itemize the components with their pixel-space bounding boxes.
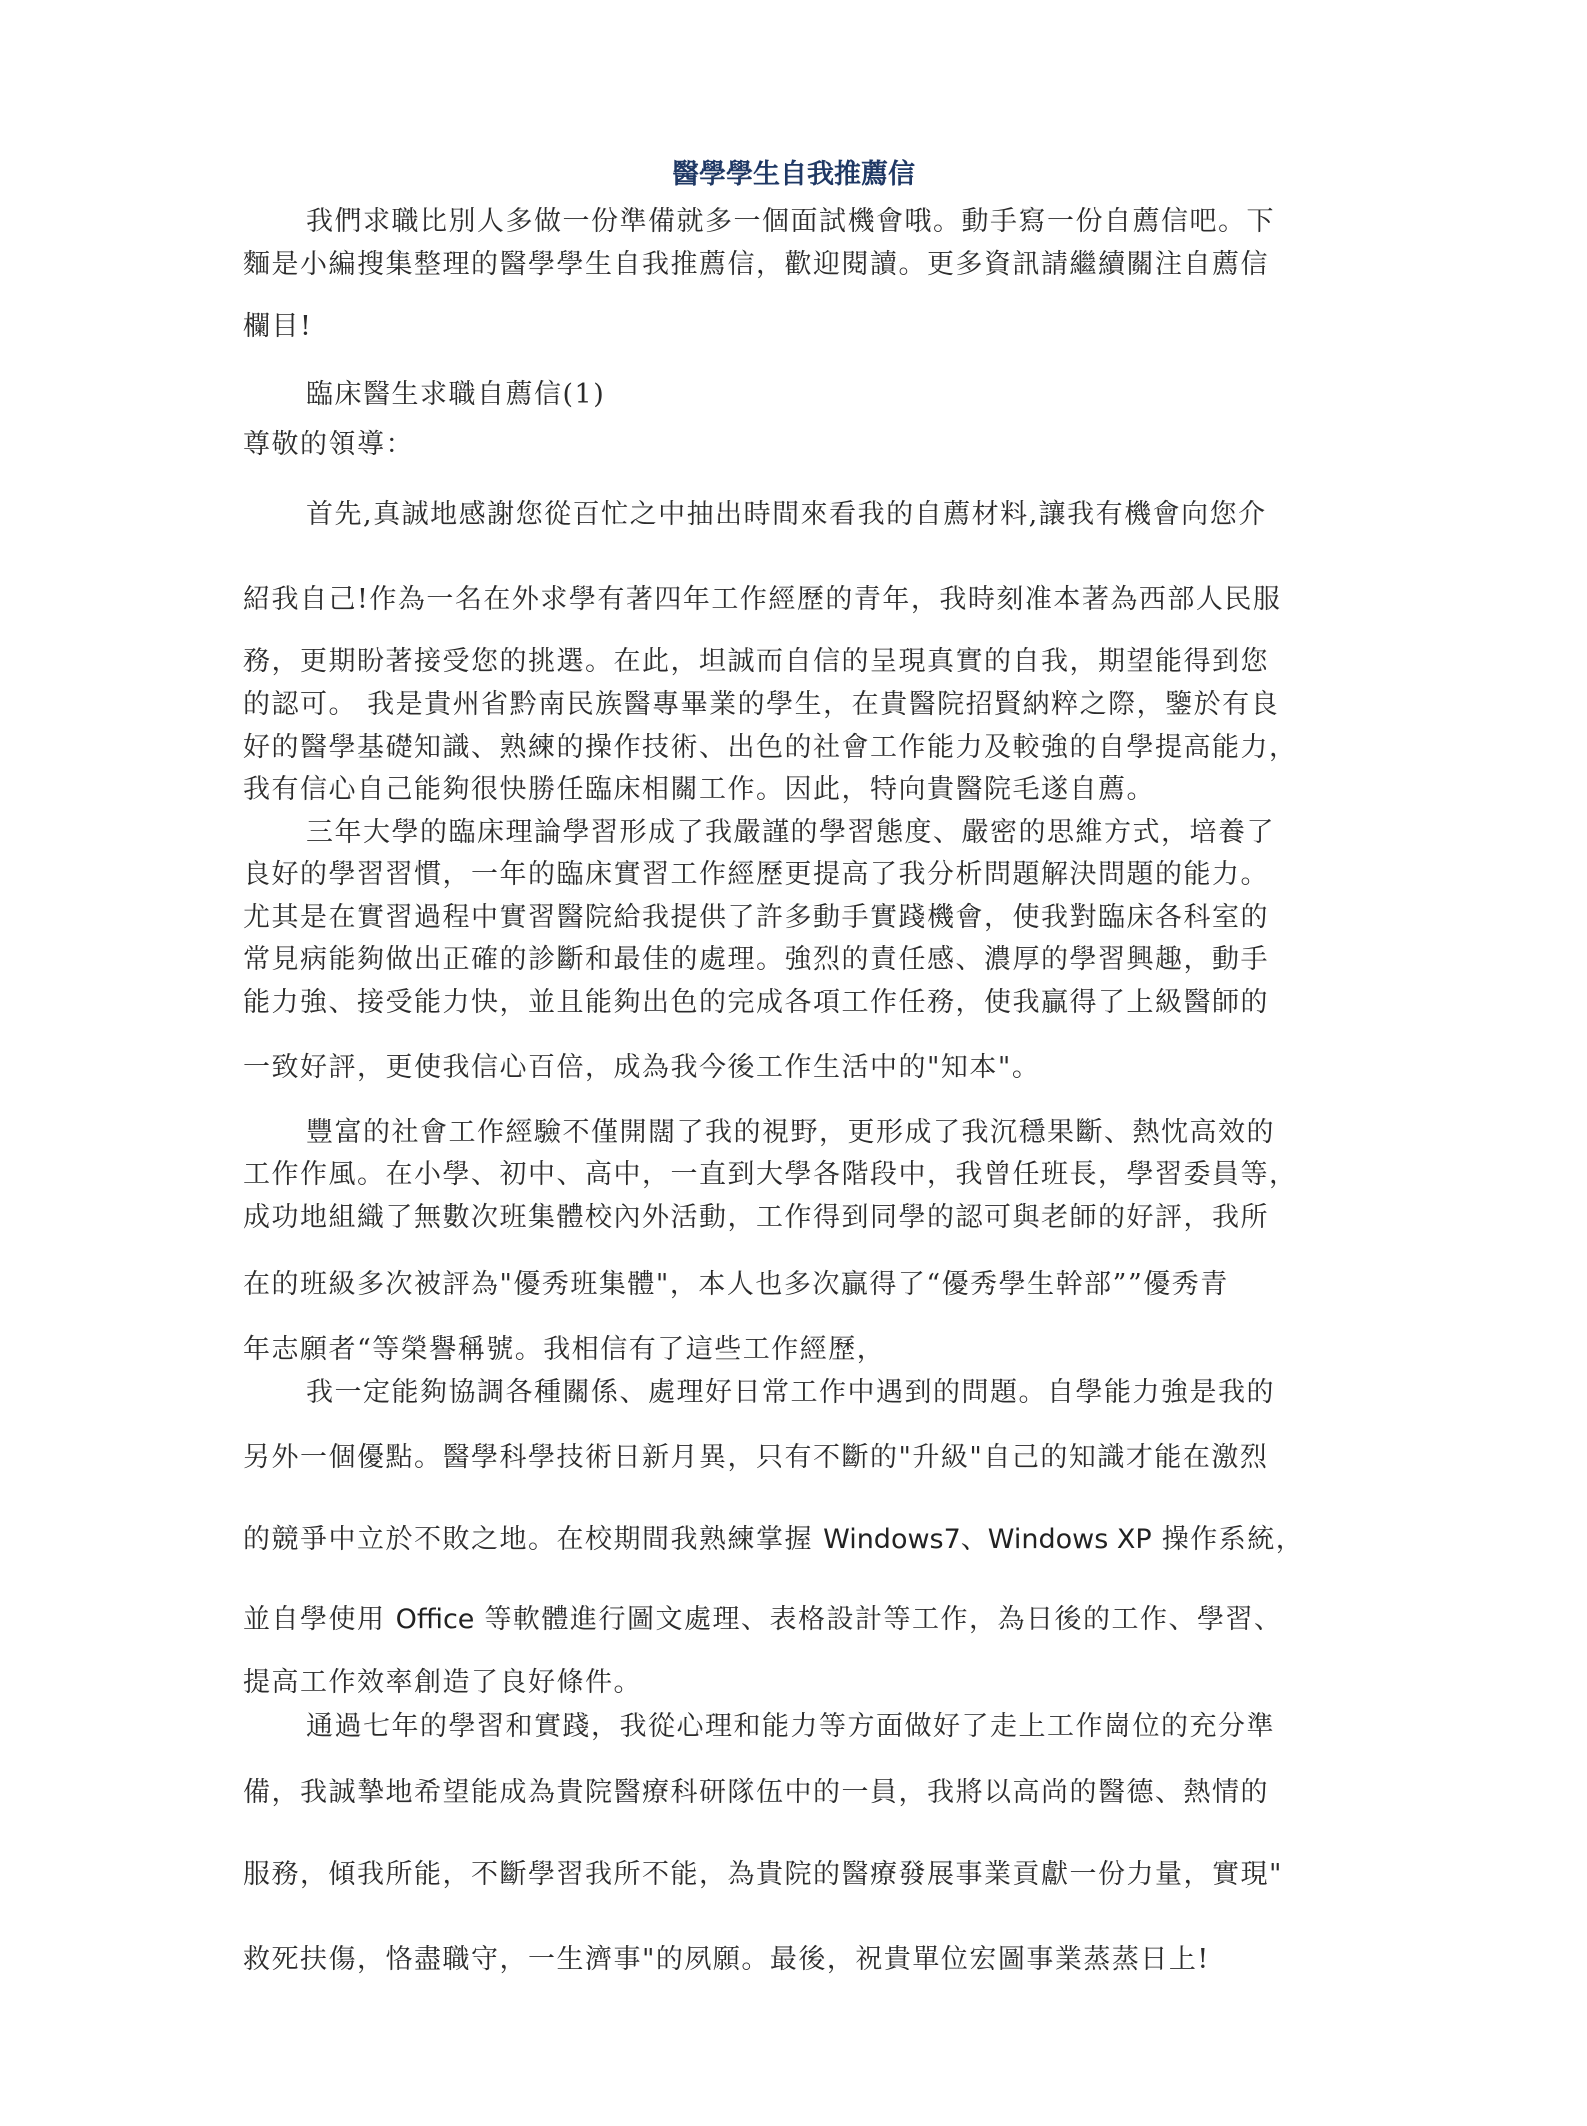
paragraph-line: 能力強、接受能力快，並且能夠出色的完成各項工作任務，使我贏得了上級醫師的: [243, 986, 1353, 1020]
line-text: 並自學使用: [243, 1604, 396, 1635]
salutation: 尊敬的領導：: [243, 428, 1353, 462]
paragraph-line: 我有信心自己能夠很快勝任臨床相關工作。因此，特向貴醫院毛遂自薦。: [243, 773, 1353, 807]
paragraph-line: 並自學使用 Office 等軟體進行圖文處理、表格設計等工作，為日後的工作、學習…: [243, 1603, 1353, 1637]
paragraph-line: 尤其是在實習過程中實習醫院給我提供了許多動手實踐機會，使我對臨床各科室的: [243, 901, 1353, 935]
paragraph-line: 務，更期盼著接受您的挑選。在此，坦誠而自信的呈現真實的自我，期望能得到您: [243, 645, 1353, 679]
paragraph-line: 良好的學習習慣，一年的臨床實習工作經歷更提高了我分析問題解決問題的能力。: [243, 858, 1353, 892]
paragraph-line: 豐富的社會工作經驗不僅開闊了我的視野，更形成了我沉穩果斷、熱忱高效的: [306, 1116, 1353, 1150]
paragraph-line: 一致好評，更使我信心百倍，成為我今後工作生活中的"知本"。: [243, 1051, 1353, 1085]
paragraph-line: 的競爭中立於不敗之地。在校期間我熟練掌握 Windows7、Windows XP…: [243, 1523, 1353, 1557]
paragraph-line: 提高工作效率創造了良好條件。: [243, 1666, 1353, 1700]
paragraph-line: 服務，傾我所能，不斷學習我所不能，為貴院的醫療發展事業貢獻一份力量，實現": [243, 1858, 1353, 1892]
paragraph-line: 通過七年的學習和實踐，我從心理和能力等方面做好了走上工作崗位的充分準: [306, 1710, 1353, 1744]
paragraph-line: 紹我自己!作為一名在外求學有著四年工作經歷的青年，我時刻准本著為西部人民服: [243, 583, 1353, 617]
paragraph-line: 麵是小編搜集整理的醫學學生自我推薦信，歡迎閱讀。更多資訊請繼續關注自薦信: [243, 248, 1353, 282]
paragraph-line: 好的醫學基礎知識、熟練的操作技術、出色的社會工作能力及較強的自學提高能力，: [243, 731, 1353, 765]
paragraph-line: 工作作風。在小學、初中、高中，一直到大學各階段中，我曾任班長，學習委員等，: [243, 1158, 1353, 1192]
paragraph-line: 常見病能夠做出正確的診斷和最佳的處理。強烈的責任感、濃厚的學習興趣，動手: [243, 943, 1353, 977]
paragraph-line: 欄目!: [243, 310, 1353, 344]
paragraph-line: 另外一個優點。醫學科學技術日新月異，只有不斷的"升級"自己的知識才能在激烈: [243, 1441, 1353, 1475]
paragraph-line: 三年大學的臨床理論學習形成了我嚴謹的學習態度、嚴密的思維方式，培養了: [306, 816, 1353, 850]
paragraph-line: 年志願者“等榮譽稱號。我相信有了這些工作經歷，: [243, 1333, 1353, 1367]
paragraph-line: 我一定能夠協調各種關係、處理好日常工作中遇到的問題。自學能力強是我的: [306, 1376, 1353, 1410]
software-names: Windows7、Windows XP: [823, 1524, 1152, 1555]
paragraph-line: 備，我誠摯地希望能成為貴院醫療科研隊伍中的一員，我將以高尚的醫德、熱情的: [243, 1776, 1353, 1810]
section-heading: 臨床醫生求職自薦信(1): [306, 378, 1353, 412]
line-text: 的競爭中立於不敗之地。在校期間我熟練掌握: [243, 1524, 823, 1555]
document-page: 醫學學生自我推薦信 我們求職比別人多做一份準備就多一個面試機會哦。動手寫一份自薦…: [0, 0, 1587, 2126]
paragraph-line: 的認可。 我是貴州省黔南民族醫專畢業的學生，在貴醫院招賢納粹之際，鑒於有良: [243, 688, 1353, 722]
software-name: Office: [396, 1604, 475, 1635]
paragraph-line: 救死扶傷，恪盡職守，一生濟事"的夙願。最後，祝貴單位宏圖事業蒸蒸日上!: [243, 1943, 1353, 1977]
paragraph-line: 我們求職比別人多做一份準備就多一個面試機會哦。動手寫一份自薦信吧。下: [306, 205, 1353, 239]
document-title: 醫學學生自我推薦信: [0, 158, 1587, 192]
paragraph-line: 在的班級多次被評為"優秀班集體"，本人也多次贏得了“優秀學生幹部””優秀青: [243, 1268, 1353, 1302]
line-text: 等軟體進行圖文處理、表格設計等工作，為日後的工作、學習、: [474, 1604, 1282, 1635]
paragraph-line: 首先,真誠地感謝您從百忙之中抽出時間來看我的自薦材料,讓我有機會向您介: [306, 498, 1353, 532]
paragraph-line: 成功地組織了無數次班集體校內外活動，工作得到同學的認可與老師的好評，我所: [243, 1201, 1353, 1235]
line-text: 操作系統，: [1152, 1524, 1305, 1555]
